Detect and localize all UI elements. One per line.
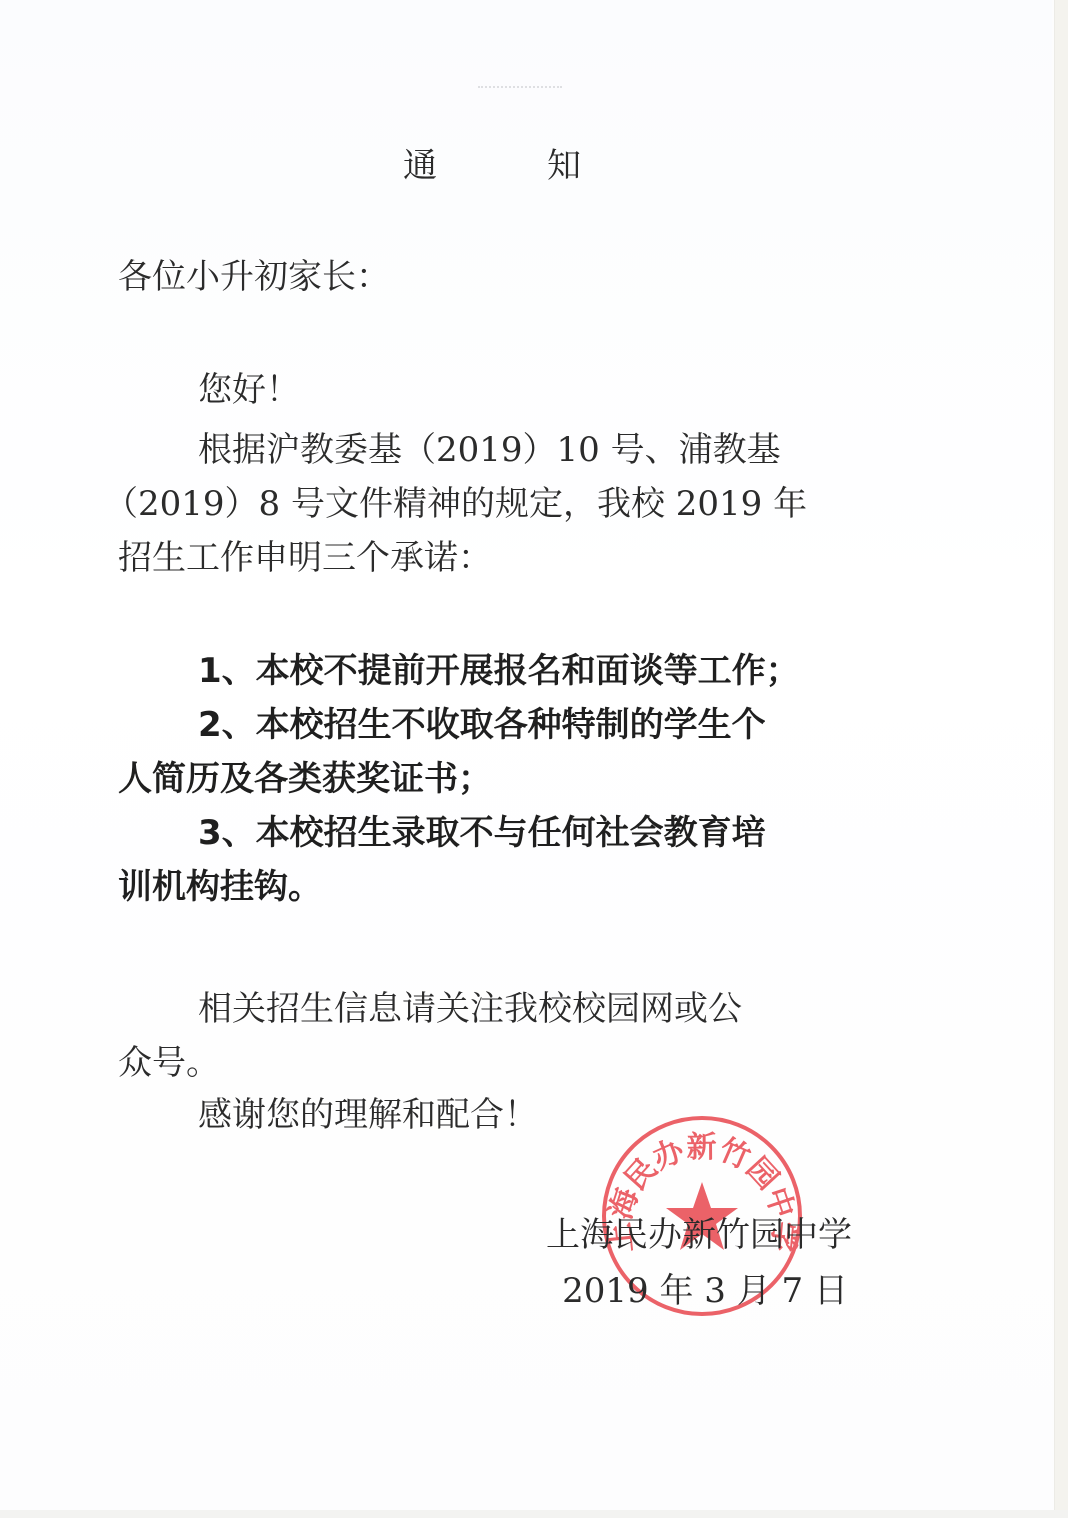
scan-right-edge [1054, 0, 1068, 1518]
title-char-2: 知 [547, 146, 691, 186]
signature: 上海民办新竹园中学 [546, 1208, 852, 1262]
commitment-2-line-1: 2、本校招生不收取各种特制的学生个 [118, 698, 870, 752]
intro-paragraph: 根据沪教委基（2019）10 号、浦教基 （2019）8 号文件精神的规定，我校… [118, 423, 870, 585]
document-title: 通知 [0, 138, 984, 187]
salutation: 各位小升初家长： [118, 250, 870, 304]
commitment-3-line-2: 训机构挂钩。 [118, 860, 870, 914]
intro-line-3: 招生工作申明三个承诺： [118, 531, 870, 585]
document-date: 2019 年 3 月 7 日 [562, 1264, 848, 1318]
document-page: 通知 各位小升初家长： 您好！ 根据沪教委基（2019）10 号、浦教基 （20… [0, 0, 1052, 1510]
intro-line-2: （2019）8 号文件精神的规定，我校 2019 年 [104, 477, 870, 531]
closing-line-1: 相关招生信息请关注我校校园网或公 [118, 982, 870, 1036]
closing-paragraph: 相关招生信息请关注我校校园网或公 众号。 [118, 982, 870, 1090]
commitment-1: 1、本校不提前开展报名和面谈等工作； [118, 644, 870, 698]
commitment-3-line-1: 3、本校招生录取不与任何社会教育培 [118, 806, 870, 860]
commitments-list: 1、本校不提前开展报名和面谈等工作； 2、本校招生不收取各种特制的学生个 人简历… [118, 644, 870, 914]
greeting-text: 您好！ [118, 363, 870, 417]
closing-line-2: 众号。 [118, 1036, 870, 1090]
thanks-text: 感谢您的理解和配合！ [118, 1088, 870, 1142]
scan-smudge [478, 86, 562, 92]
salutation-text: 各位小升初家长： [118, 250, 870, 304]
intro-line-1: 根据沪教委基（2019）10 号、浦教基 [118, 423, 870, 477]
greeting: 您好！ [118, 363, 870, 417]
thanks: 感谢您的理解和配合！ [118, 1088, 870, 1142]
scan-bottom-edge [0, 1510, 1068, 1518]
title-char-1: 通 [403, 146, 547, 186]
commitment-2-line-2: 人简历及各类获奖证书； [118, 752, 870, 806]
